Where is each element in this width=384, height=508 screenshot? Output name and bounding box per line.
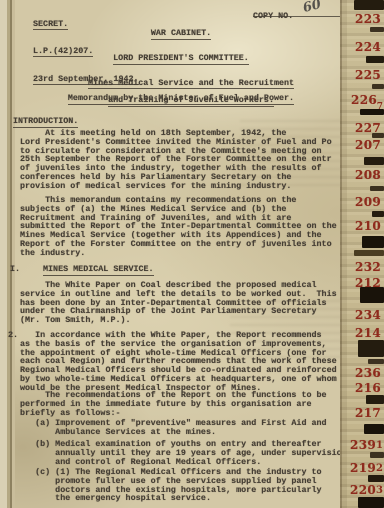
partial-stamp-digit: 1 bbox=[376, 441, 383, 451]
page-number-stamp: 224 bbox=[355, 41, 381, 53]
list-item-a: (a) Improvement of "preventive" measures… bbox=[20, 419, 327, 437]
page-number-stamp: 232 bbox=[355, 261, 381, 273]
scanned-document: SECRET. L.P.(42)207. 23rd September, 194… bbox=[0, 0, 384, 508]
war-cabinet-heading: WAR CABINET. bbox=[20, 29, 342, 38]
paragraph-intro-1: At its meeting held on 18th September, 1… bbox=[20, 129, 332, 191]
page-number-stamp: 234 bbox=[355, 309, 381, 321]
mines-medical-heading: MINES MEDICAL SERVICE. bbox=[43, 265, 154, 274]
page-number-stamp: 219 bbox=[350, 462, 376, 474]
binding-edge bbox=[0, 0, 15, 508]
page-number-stamp: 208 bbox=[355, 169, 381, 181]
page-edge-shadow bbox=[358, 497, 384, 508]
section-margin-numeral: I. bbox=[10, 265, 20, 274]
partial-stamp-digit: 3 bbox=[376, 486, 383, 496]
list-item-b: (b) Medical examination of youths on ent… bbox=[20, 440, 347, 466]
title-line-1: Mines Medical Service and the Recruitmen… bbox=[88, 78, 294, 90]
page-edge-shadow bbox=[358, 340, 384, 357]
page-number-stamp: 223 bbox=[355, 13, 381, 25]
page-edge-shadow bbox=[354, 250, 384, 256]
page-number-stamp: 236 bbox=[355, 367, 381, 379]
page-edge-shadow bbox=[370, 452, 384, 458]
page-edge-shadow bbox=[370, 27, 384, 32]
paragraph-2-margin-number: 2. bbox=[8, 331, 18, 340]
introduction-heading: INTRODUCTION. bbox=[13, 117, 78, 126]
page-edge-shadow bbox=[362, 236, 384, 248]
page-number-stamp: 217 bbox=[355, 407, 381, 419]
paragraph-intro-2: This memorandum contains my recommendati… bbox=[20, 196, 337, 258]
page-number-stamp: 216 bbox=[355, 382, 381, 394]
copy-number-block: COPY NO. 60 bbox=[253, 5, 341, 17]
page-edge-shadow bbox=[368, 475, 384, 482]
page-edge-shadow bbox=[368, 359, 384, 364]
page-number-stamp: 220 bbox=[350, 484, 376, 496]
classification-label: SECRET. bbox=[33, 19, 68, 30]
paragraph-mms-3: The recommendations of the Report on the… bbox=[20, 391, 327, 417]
document-title: Mines Medical Service and the Recruitmen… bbox=[20, 70, 342, 114]
page-number-stamp: 207 bbox=[355, 139, 381, 151]
partial-stamp-digit: 2 bbox=[376, 464, 383, 474]
page-edge-shadow bbox=[364, 424, 384, 434]
paragraph-mms-2: In accordance with the White Paper, the … bbox=[20, 331, 337, 393]
paragraph-mms-1: The White Paper on Coal described the pr… bbox=[20, 281, 337, 325]
memorandum-heading: Memorandum by the Minister of Fuel and P… bbox=[20, 94, 342, 103]
committee-heading: LORD PRESIDENT'S COMMITTEE. bbox=[20, 54, 342, 63]
page-edge-shadow bbox=[366, 395, 384, 404]
copy-number-label: COPY NO. bbox=[253, 11, 293, 21]
partial-stamp-digit: 7 bbox=[377, 102, 383, 112]
page-number-stamp: 210 bbox=[355, 220, 381, 232]
page-edge-shadow bbox=[366, 56, 384, 63]
page-edge-shadow bbox=[364, 157, 384, 165]
page-number-stamp: 239 bbox=[350, 439, 376, 451]
page-number-stamp: 214 bbox=[355, 327, 381, 339]
page-edge-shadow bbox=[372, 211, 384, 217]
page-edge-shadow bbox=[372, 84, 384, 89]
page-edge-strip: 223 224 225 226 227 207 208 209 210 232 … bbox=[340, 0, 384, 508]
page-number-stamp: 226 bbox=[351, 94, 377, 106]
copy-number-handwritten: 60 bbox=[301, 0, 322, 16]
page-number-stamp: 227 bbox=[355, 122, 381, 134]
page-number-stamp: 209 bbox=[355, 196, 381, 208]
page-edge-shadow bbox=[354, 0, 384, 10]
page-number-stamp: 212 bbox=[355, 277, 381, 289]
page-edge-shadow bbox=[370, 186, 384, 191]
list-item-c: (c) (1) The Regional Medical Officers an… bbox=[20, 468, 322, 503]
page-number-stamp: 225 bbox=[355, 69, 381, 81]
